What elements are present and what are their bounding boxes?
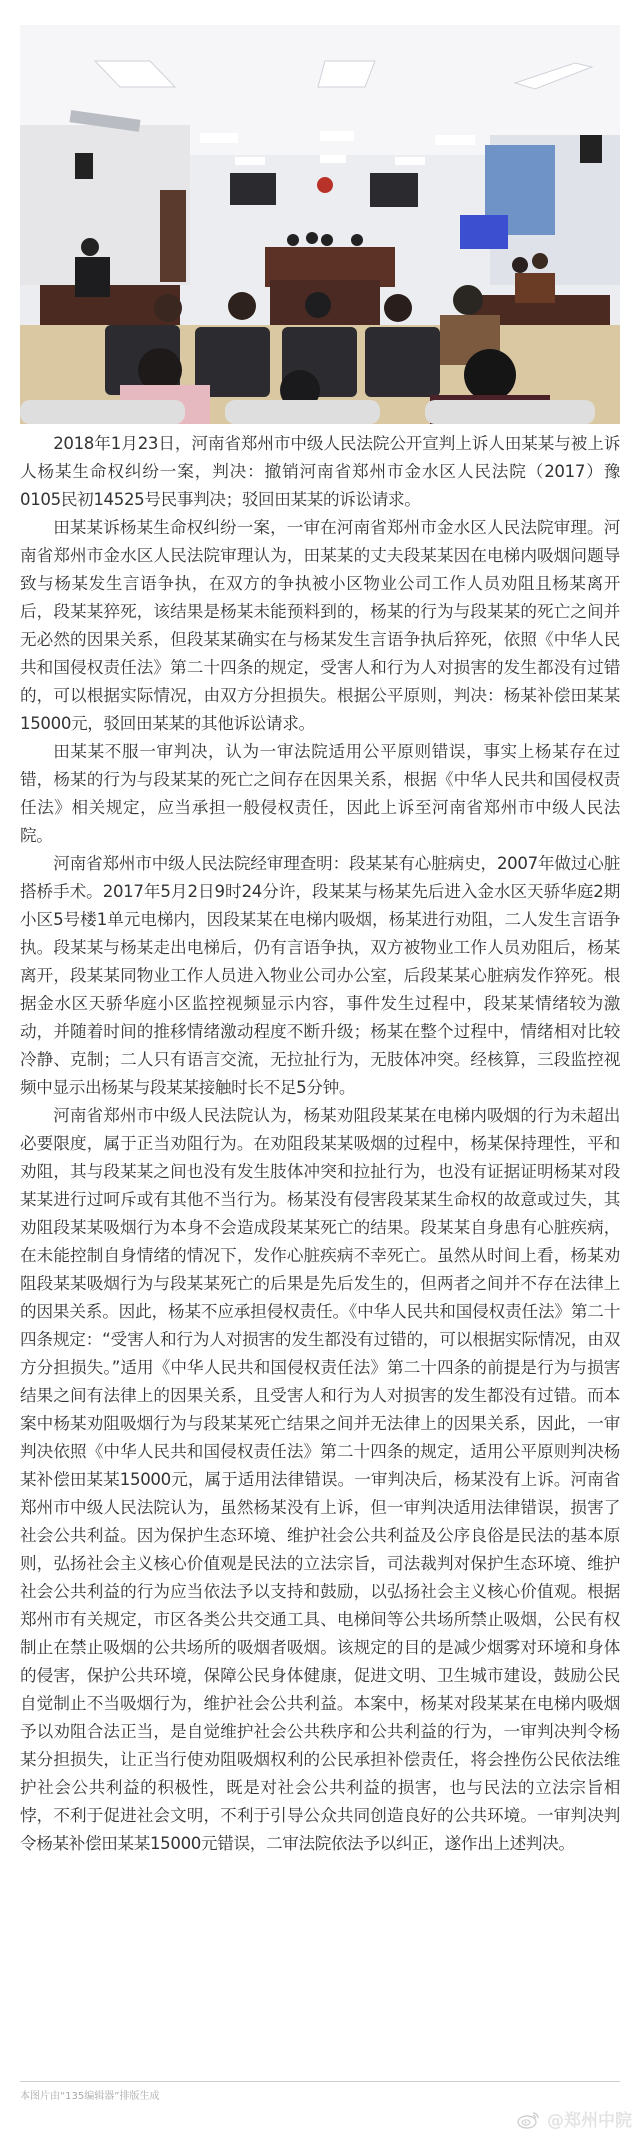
weibo-logo-icon — [517, 2109, 541, 2129]
paragraph-appeal: 田某某不服一审判决，认为一审法院适用公平原则错误，事实上杨某存在过错，杨某的行为… — [20, 738, 620, 850]
footer-divider — [20, 2081, 620, 2082]
article-body: 2018年1月23日，河南省郑州市中级人民法院公开宣判上诉人田某某与被上诉人杨某… — [20, 430, 620, 1858]
paragraph-first-instance: 田某某诉杨某生命权纠纷一案，一审在河南省郑州市金水区人民法院审理。河南省郑州市金… — [20, 514, 620, 738]
editor-credit: 本图片由“135编辑器”排版生成 — [20, 2087, 159, 2102]
paragraph-facts: 河南省郑州市中级人民法院经审理查明：段某某有心脏病史，2007年做过心脏搭桥手术… — [20, 850, 620, 1102]
paragraph-verdict-summary: 2018年1月23日，河南省郑州市中级人民法院公开宣判上诉人田某某与被上诉人杨某… — [20, 430, 620, 514]
courtroom-photo — [20, 25, 620, 424]
courtroom-photo-illustration — [20, 25, 620, 424]
watermark-account-name: @郑州中院 — [547, 2106, 632, 2131]
weibo-watermark: @郑州中院 — [517, 2106, 632, 2131]
paragraph-court-reasoning: 河南省郑州市中级人民法院认为，杨某劝阻段某某在电梯内吸烟的行为未超出必要限度，属… — [20, 1102, 620, 1858]
